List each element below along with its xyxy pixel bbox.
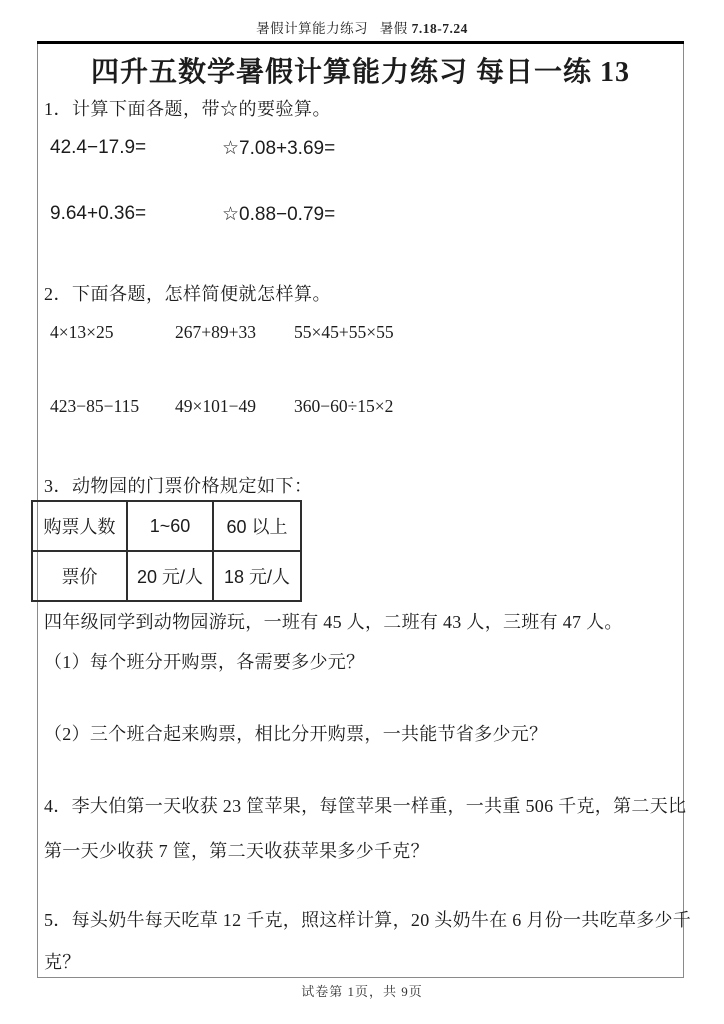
- expression: 360−60÷15×2: [294, 396, 393, 417]
- question-5-line-1: 5．每头奶牛每天吃草 12 千克，照这样计算，20 头奶牛在 6 月份一共吃草多…: [44, 906, 677, 932]
- expression: 42.4−17.9=: [50, 137, 146, 159]
- table-row: 票价 20 元/人 18 元/人: [32, 551, 301, 601]
- question-3-sub-1: （1）每个班分开购票，各需要多少元？: [44, 648, 677, 674]
- question-1-row-1: 42.4−17.9= ☆7.08+3.69=: [44, 137, 677, 161]
- question-2-row-2: 423−85−115 49×101−49 360−60÷15×2: [44, 396, 677, 418]
- expression: 55×45+55×55: [294, 322, 394, 343]
- question-4-line-2: 第一天少收获 7 筐，第二天收获苹果多少千克？: [44, 837, 677, 863]
- worksheet-frame: 四升五数学暑假计算能力练习 每日一练 13 1．计算下面各题，带☆的要验算。 4…: [37, 44, 684, 978]
- page-footer: 试卷第 1页，共 9页: [0, 981, 724, 1000]
- expression: 49×101−49: [175, 396, 256, 417]
- expression: ☆0.88−0.79=: [222, 203, 335, 226]
- table-cell: 1~60: [127, 501, 213, 551]
- header-week-label: 暑假: [380, 21, 408, 36]
- expression: ☆7.08+3.69=: [222, 137, 335, 160]
- table-row: 购票人数 1~60 60 以上: [32, 501, 301, 551]
- ticket-price-table: 购票人数 1~60 60 以上 票价 20 元/人 18 元/人: [31, 500, 302, 602]
- question-2-label: 2．下面各题，怎样简便就怎样算。: [44, 280, 677, 306]
- question-2-row-1: 4×13×25 267+89+33 55×45+55×55: [44, 322, 677, 344]
- question-1-row-2: 9.64+0.36= ☆0.88−0.79=: [44, 203, 677, 227]
- expression: 9.64+0.36=: [50, 203, 146, 225]
- worksheet-page: 暑假计算能力练习 暑假 7.18-7.24 四升五数学暑假计算能力练习 每日一练…: [0, 0, 724, 1024]
- question-1-label: 1．计算下面各题，带☆的要验算。: [44, 95, 677, 121]
- table-cell: 票价: [32, 551, 127, 601]
- question-3-sub-2: （2）三个班合起来购票，相比分开购票，一共能节省多少元？: [44, 720, 677, 746]
- table-cell: 18 元/人: [213, 551, 301, 601]
- expression: 267+89+33: [175, 322, 256, 343]
- question-4-line-1: 4．李大伯第一天收获 23 筐苹果，每筐苹果一样重，一共重 506 千克，第二天…: [44, 792, 677, 818]
- expression: 4×13×25: [50, 322, 114, 343]
- table-cell: 20 元/人: [127, 551, 213, 601]
- page-header: 暑假计算能力练习 暑假 7.18-7.24: [0, 17, 724, 37]
- worksheet-title: 四升五数学暑假计算能力练习 每日一练 13: [38, 50, 683, 90]
- table-cell: 60 以上: [213, 501, 301, 551]
- question-5-line-2: 克？: [44, 948, 677, 974]
- header-course: 暑假计算能力练习: [256, 21, 368, 36]
- header-dates: 7.18-7.24: [412, 21, 468, 36]
- table-cell: 购票人数: [32, 501, 127, 551]
- question-3-label: 3．动物园的门票价格规定如下：: [44, 472, 677, 498]
- question-3-description: 四年级同学到动物园游玩，一班有 45 人，二班有 43 人，三班有 47 人。: [44, 608, 677, 634]
- expression: 423−85−115: [50, 396, 139, 417]
